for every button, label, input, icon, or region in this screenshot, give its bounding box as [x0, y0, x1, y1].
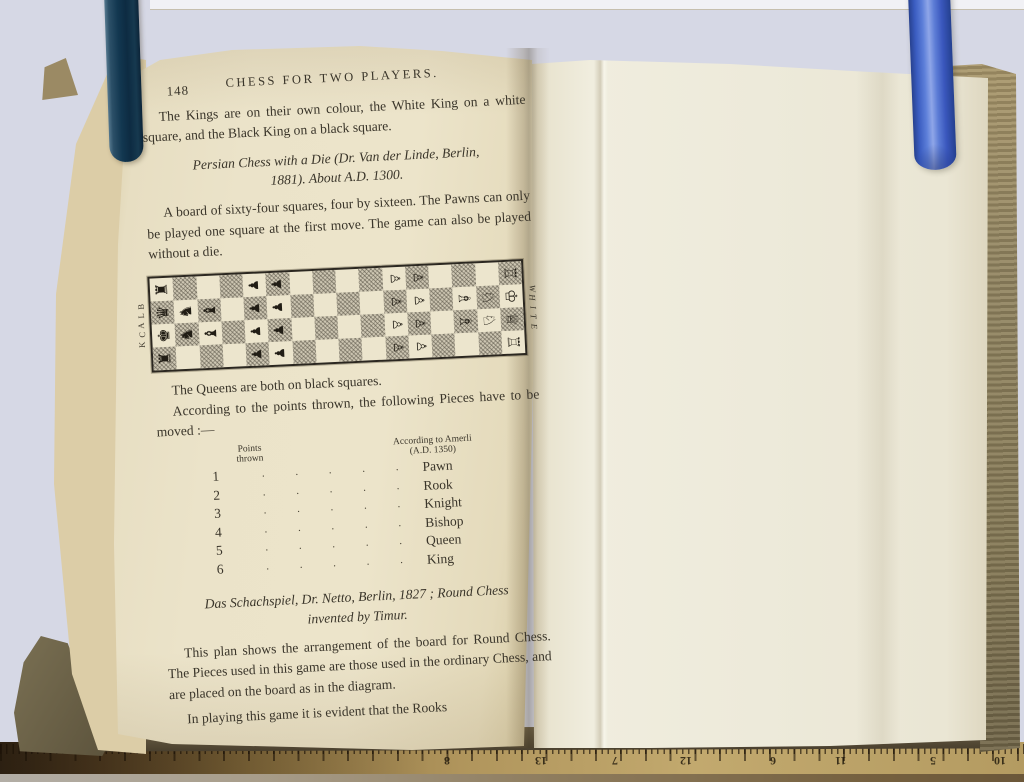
ruler-front-edge — [0, 774, 1024, 782]
white-rook-piece: ♖ — [498, 261, 522, 285]
white-rook-piece: ♖ — [501, 330, 525, 354]
board-square: ♙ — [407, 312, 431, 336]
board-square: ♖ — [498, 261, 522, 285]
white-pawn-piece: ♙ — [382, 267, 406, 291]
black-pawn-piece: ♟ — [269, 341, 293, 365]
black-pawn-piece: ♟ — [266, 272, 290, 296]
ruler-number: 8 — [444, 753, 450, 768]
board-square — [360, 291, 384, 315]
black-king-piece: ♚ — [152, 324, 176, 348]
ruler-number: 13 — [535, 753, 547, 768]
board-square — [290, 294, 314, 318]
white-pawn-piece: ♙ — [407, 312, 431, 336]
side-label-letter: T — [528, 314, 538, 319]
board-square: ♗ — [452, 287, 476, 311]
piece-name: Knight — [420, 492, 521, 513]
board-square — [221, 321, 245, 345]
white-knight-piece: ♘ — [476, 285, 500, 309]
ruler-number: 5 — [930, 753, 936, 768]
white-pawn-piece: ♙ — [406, 289, 430, 313]
piece-name: Rook — [419, 473, 520, 494]
black-rook-piece: ♜ — [153, 347, 177, 371]
board-square: ♔ — [499, 284, 523, 308]
board-square — [336, 292, 360, 316]
board-square: ♜ — [153, 347, 177, 371]
board-square — [451, 264, 475, 288]
board-square — [362, 337, 386, 361]
black-pawn-piece: ♟ — [245, 319, 269, 343]
board-square: ♜ — [149, 278, 173, 302]
board-square: ♟ — [244, 319, 268, 343]
board-square — [430, 311, 454, 335]
board-square — [478, 332, 502, 356]
board-square — [312, 270, 336, 294]
black-rook-piece: ♜ — [150, 278, 174, 302]
ruler-number: 10 — [994, 753, 1006, 768]
board-square: ♙ — [405, 266, 429, 290]
board-square — [314, 316, 338, 340]
points-value: 4 — [191, 523, 246, 542]
board-square — [219, 275, 243, 299]
board-square — [222, 344, 246, 368]
side-label-letter: A — [137, 322, 147, 329]
points-value: 5 — [192, 542, 247, 561]
board-square: ♛ — [151, 301, 175, 325]
piece-name: King — [423, 547, 524, 568]
blue-pen-right — [908, 0, 957, 171]
black-queen-piece: ♛ — [151, 301, 175, 325]
side-label-letter: I — [528, 305, 538, 308]
piece-name: Pawn — [418, 455, 519, 476]
board-square: ♟ — [266, 272, 290, 296]
board-square: ♞ — [174, 300, 198, 324]
board-square — [338, 338, 362, 362]
points-value: 1 — [188, 468, 243, 487]
black-bishop-piece: ♝ — [198, 322, 222, 346]
board-square — [358, 268, 382, 292]
ruler-number: 6 — [770, 753, 776, 768]
board-square: ♟ — [242, 274, 266, 298]
board-square: ♙ — [384, 313, 408, 337]
points-thrown-header: Points thrown — [209, 442, 290, 468]
piece-name: Bishop — [421, 510, 522, 531]
board-square: ♞ — [175, 323, 199, 347]
board-square — [429, 288, 453, 312]
board-square — [428, 265, 452, 289]
board-square — [292, 340, 316, 364]
white-pawn-piece: ♙ — [405, 266, 429, 290]
board-square: ♕ — [500, 307, 524, 331]
side-label-letter: E — [529, 323, 539, 329]
left-page-content: 148 CHESS FOR TWO PLAYERS. The Kings are… — [140, 62, 554, 736]
board-square — [196, 276, 220, 300]
paragraph-board: A board of sixty-four squares, four by s… — [146, 186, 532, 265]
white-pawn-piece: ♙ — [385, 336, 409, 360]
board-square: ♙ — [406, 289, 430, 313]
board-square — [455, 333, 479, 357]
board-square — [289, 271, 313, 295]
board-square: ♘ — [477, 309, 501, 333]
black-pawn-piece: ♟ — [268, 318, 292, 342]
board-square: ♟ — [267, 295, 291, 319]
white-pawn-piece: ♙ — [408, 335, 432, 359]
black-knight-piece: ♞ — [174, 300, 198, 324]
blue-bookmark-left — [104, 0, 144, 162]
white-bishop-piece: ♗ — [454, 310, 478, 334]
black-pawn-piece: ♟ — [242, 273, 266, 297]
side-label-letter: C — [138, 332, 148, 338]
chess-board: ♜♟♟♙♙♖♛♞♝♟♟♙♙♗♘♔♚♞♝♟♟♙♙♗♘♕♜♟♟♙♙♖ — [147, 259, 527, 373]
ruler-number: 11 — [835, 753, 846, 768]
board-square — [173, 277, 197, 301]
black-bishop-piece: ♝ — [197, 299, 221, 323]
book-cover-top-left-corner — [40, 58, 78, 100]
white-king-piece: ♔ — [499, 284, 523, 308]
board-square — [361, 314, 385, 338]
white-bishop-piece: ♗ — [453, 287, 477, 311]
white-label: WHITE — [524, 283, 541, 331]
side-label-letter: K — [138, 341, 148, 348]
ruler-number: 7 — [612, 753, 618, 768]
board-square: ♙ — [408, 335, 432, 359]
paragraph-plan: This plan shows the arrangement of the b… — [167, 626, 553, 705]
board-square — [220, 298, 244, 322]
board-square: ♖ — [501, 330, 525, 354]
board-square — [475, 263, 499, 287]
board-square — [431, 334, 455, 358]
board-square — [291, 317, 315, 341]
side-label-letter: L — [137, 313, 147, 319]
points-value: 2 — [189, 486, 244, 505]
board-square: ♝ — [197, 299, 221, 323]
board-square: ♙ — [385, 336, 409, 360]
board-square: ♝ — [198, 322, 222, 346]
heading-round-chess: Das Schachspiel, Dr. Netto, Berlin, 1827… — [164, 579, 549, 636]
board-square — [313, 293, 337, 317]
board-square: ♟ — [243, 297, 267, 321]
board-square — [199, 345, 223, 369]
board-square: ♟ — [268, 318, 292, 342]
black-pawn-piece: ♟ — [267, 295, 291, 319]
board-square: ♙ — [383, 290, 407, 314]
board-square — [335, 269, 359, 293]
black-pawn-piece: ♟ — [244, 296, 268, 320]
piece-name: Queen — [422, 529, 523, 550]
ruler-number: 12 — [680, 753, 692, 768]
side-label-letter: H — [527, 294, 537, 301]
chess-diagram: BLACK ♜♟♟♙♙♖♛♞♝♟♟♙♙♗♘♔♚♞♝♟♟♙♙♗♘♕♜♟♟♙♙♖ W… — [132, 258, 548, 373]
paragraph-kings: The Kings are on their own colour, the W… — [141, 90, 526, 149]
board-square — [176, 346, 200, 370]
board-square: ♗ — [454, 310, 478, 334]
white-knight-piece: ♘ — [477, 308, 501, 332]
white-pawn-piece: ♙ — [384, 313, 408, 337]
dice-table: Points thrown According to Amerli (A.D. … — [187, 431, 523, 581]
board-square: ♚ — [152, 324, 176, 348]
board-square: ♘ — [476, 286, 500, 310]
white-queen-piece: ♕ — [500, 307, 524, 331]
board-square: ♙ — [382, 267, 406, 291]
side-label-letter: B — [136, 303, 146, 309]
board-square: ♟ — [246, 342, 270, 366]
side-label-letter: W — [527, 284, 537, 292]
board-square: ♟ — [269, 341, 293, 365]
white-pawn-piece: ♙ — [383, 290, 407, 314]
points-value: 6 — [193, 560, 248, 579]
points-value: 3 — [190, 505, 245, 524]
black-knight-piece: ♞ — [175, 323, 199, 347]
board-square — [337, 315, 361, 339]
backdrop-top-edge — [150, 0, 1024, 10]
black-pawn-piece: ♟ — [246, 342, 270, 366]
board-square — [315, 339, 339, 363]
dice-table-rows: 1. . . . .Pawn2. . . . .Rook3. . . . .Kn… — [188, 455, 523, 581]
